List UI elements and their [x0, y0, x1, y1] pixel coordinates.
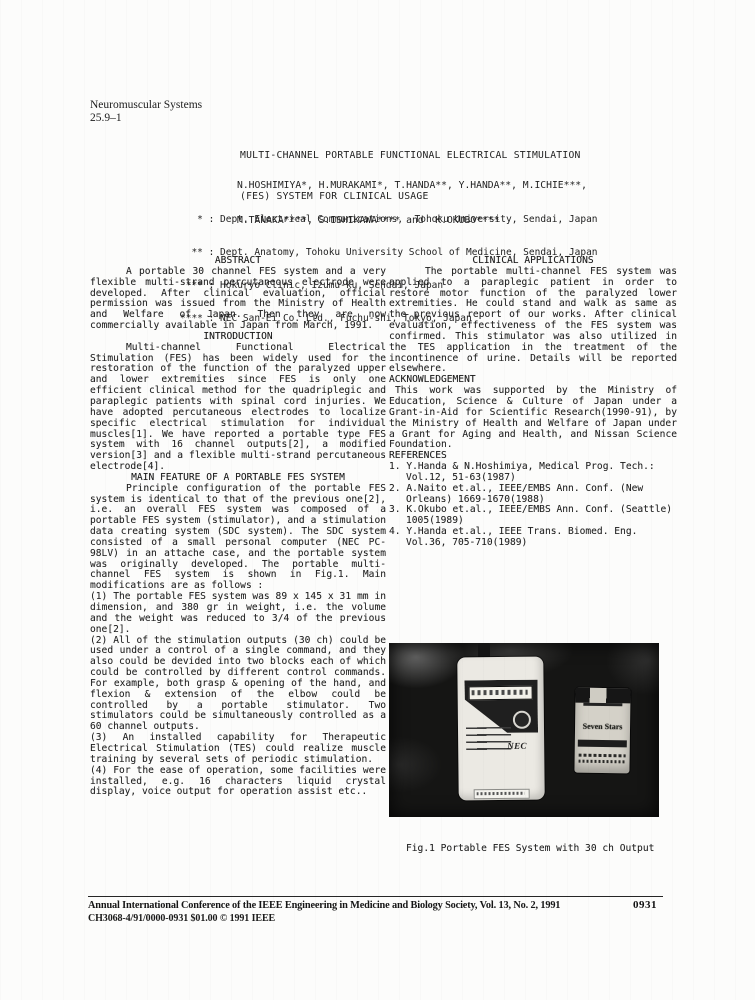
acknowledgement-paragraph: This work was supported by the Ministry … [389, 386, 677, 451]
column-right: CLINICAL APPLICATIONS The portable multi… [389, 256, 677, 549]
introduction-paragraph: Multi-channel Functional Electrical Stim… [90, 343, 386, 473]
device-speaker-grille [466, 727, 511, 753]
pack-top-shade [575, 688, 630, 704]
pack-lid-line [583, 703, 622, 707]
author-line: N.HOSHIMIYA*, H.MURAKAMI*, T.HANDA**, Y.… [237, 180, 587, 192]
main-feature-paragraph: Principle configuration of the portable … [90, 484, 386, 592]
modification-item: (3) An installed capability for Therapeu… [90, 733, 386, 766]
affiliation-line: * : Dept. Electrical Communications, Toh… [180, 214, 598, 225]
reference-item: 3. K.Okubo et.al., IEEE/EMBS Ann. Conf. … [389, 505, 677, 527]
reference-item: 1. Y.Handa & N.Hoshimiya, Medical Prog. … [389, 462, 677, 484]
pack-brand-label: Seven Stars [575, 722, 630, 732]
device-knob [513, 711, 531, 729]
fes-device: NEC [457, 657, 544, 801]
reference-item: 2. A.Naito et.al., IEEE/EMBS Ann. Conf. … [389, 484, 677, 506]
column-left: ABSTRACT A portable 30 channel FES syste… [90, 256, 386, 798]
model-strip-text-glyphs [477, 792, 525, 796]
figure-photo: NEC Seven Stars [389, 643, 659, 817]
device-brand-label: NEC [507, 741, 527, 751]
session-header: Neuromuscular Systems 25.9–1 [90, 99, 202, 125]
footer-page-number: 0931 [633, 899, 657, 911]
device-lcd-display [469, 686, 533, 701]
pack-fine-print [579, 754, 626, 765]
modification-item: (2) All of the stimulation outputs (30 c… [90, 636, 386, 734]
footer-rule [88, 896, 663, 897]
cigarette-pack: Seven Stars [574, 688, 630, 774]
scanned-paper-page: { "header": { "session_label": "Neuromus… [0, 0, 755, 1000]
device-model-strip [474, 789, 530, 800]
modification-item: (1) The portable FES system was 89 x 145… [90, 592, 386, 635]
reference-item: 4. Y.Handa et.al., IEEE Trans. Biomed. E… [389, 527, 677, 549]
pack-band [578, 740, 627, 748]
footer-copyright-line: CH3068-4/91/0000-0931 $01.00 © 1991 IEEE [88, 913, 275, 924]
footer-conference-line: Annual International Conference of the I… [88, 900, 628, 911]
clinical-applications-paragraph: The portable multi-channel FES system wa… [389, 267, 677, 375]
modification-item: (4) For the ease of operation, some faci… [90, 766, 386, 799]
lcd-text-glyphs [472, 690, 528, 696]
paper-number: 25.9–1 [90, 112, 202, 125]
figure-caption: Fig.1 Portable FES System with 30 ch Out… [406, 843, 654, 854]
abstract-paragraph: A portable 30 channel FES system and a v… [90, 267, 386, 332]
session-label: Neuromuscular Systems [90, 99, 202, 112]
